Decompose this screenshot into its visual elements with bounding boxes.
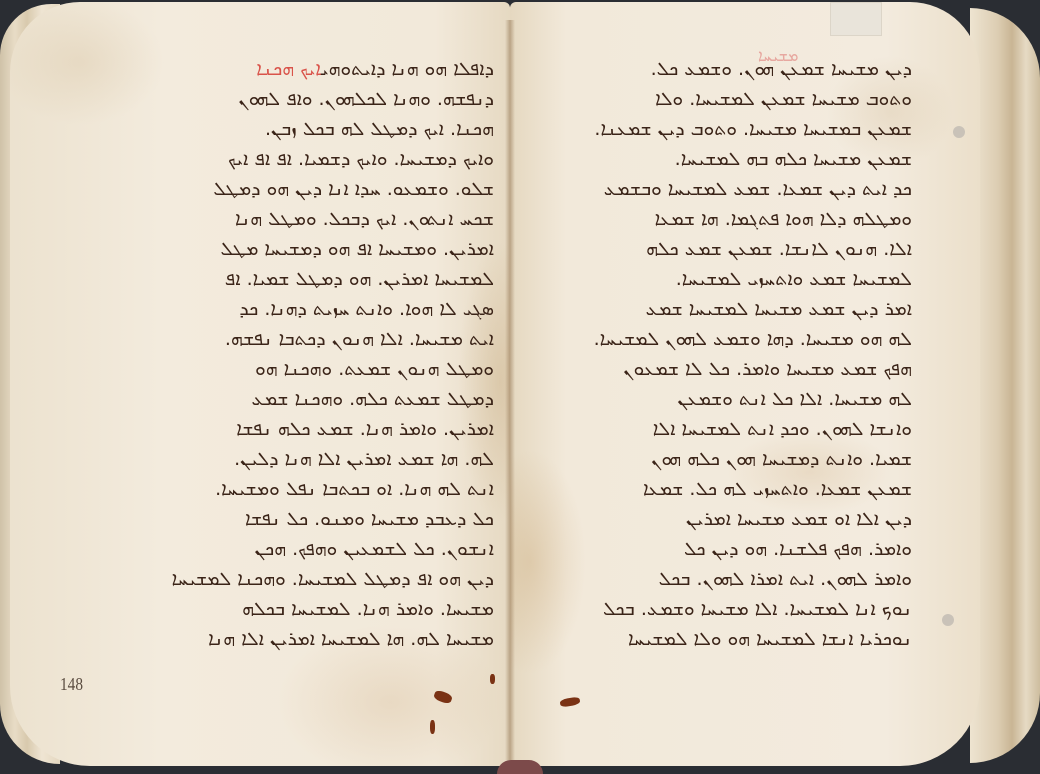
text-line: ܕܝܢ ܐܠܐ ܐܘ ܫܡܥ ܡܫܝܚܐ ܐܡܪܝܢ [540, 504, 912, 534]
wormhole [430, 720, 435, 734]
text-line: ܫܡܥܢ ܒܡܫܝܚܐ ܡܫܝܚܐ. ܘܬܘܒ ܕܝܢ ܫܡܥܢܐ. [540, 114, 912, 144]
text-line: ܘܬܘܒ ܡܫܝܚܐ ܫܡܥܢ ܠܡܫܝܚܐ. ܘܠܐ [540, 84, 912, 114]
wormhole [433, 689, 453, 705]
text-line: ܕܝܢ ܗܘ ܐܦ ܕܡܛܠ ܠܡܫܝܚܐ. ܘܗܟܢܐ ܠܡܫܝܚܐ [122, 564, 494, 594]
text-line: ܐܡܪܝܢ. ܘܡܫܝܚܐ ܐܦ ܗܘ ܕܡܫܝܚܐ ܡܛܠ [122, 234, 494, 264]
open-manuscript: ܕܐܦܠܐ ܗܘ ܗܢܐ ܕܐܝܬܘܗܝܐܝܟ ܗܟܢܐ ܕܢܦܫܗ. ܘܗܢܐ… [0, 0, 1040, 774]
text-line: ܗܟܢܐ. ܐܝܟ ܕܡܛܠ ܠܗ ܒܟܠ ܙܒܢ. [122, 114, 494, 144]
text-line: ܕܝܢ ܡܫܝܚܐ ܫܡܥܢ ܗܘܢ. ܘܫܡܥ ܟܠ. [540, 54, 912, 84]
paper-spot [953, 126, 965, 138]
rubric-heading: ܐܝܟ ܗܟܢܐ [256, 58, 321, 80]
paper-spot [942, 614, 954, 626]
text-line: ܠܡܫܝܚܐ ܫܡܥ ܘܐܬܚܙܝ ܠܡܫܝܚܐ. [540, 264, 912, 294]
text-line: ܘܡܛܠ ܗܢܘܢ ܫܡܥܬ. ܘܗܟܢܐ ܗܘ [122, 354, 494, 384]
text-line: ܫܟܚ ܐܢܬܘܢ. ܐܝܟ ܕܒܟܠ. ܘܡܛܠ ܗܢܐ [122, 204, 494, 234]
right-page-edges [970, 8, 1040, 763]
text-line: ܘܐܝܟ ܕܡܫܝܚܐ. ܘܐܝܟ ܕܫܡܝܐ. ܐܦ ܐܦ ܐܝܟ [122, 144, 494, 174]
text-line: ܟܕ ܐܝܬ ܕܝܢ ܫܡܥܐ. ܫܡܥ ܠܡܫܝܚܐ ܘܒܫܡܥ [540, 174, 912, 204]
text-line: ܗܦܟ ܫܡܥ ܡܫܝܚܐ ܘܐܡܪ. ܟܠ ܠܐ ܫܡܥܘܢ [540, 354, 912, 384]
text-line: ܐܠܐ. ܗܢܘܢ ܠܐܢܫܐ. ܫܡܥܢ ܫܡܥ ܟܠܗ [540, 234, 912, 264]
text-line: ܕܐܦܠܐ ܗܘ ܗܢܐ ܕܐܝܬܘܗܝܐܝܟ ܗܟܢܐ [122, 54, 494, 84]
text-line: ܘܡܛܠܗ ܕܠܐ ܗܘܐ ܦܬܓܡܐ. ܗܐ ܫܡܥܐ [540, 204, 912, 234]
text-line: ܐܢܫܘܢ. ܟܠ ܠܫܡܥܝܢ ܘܗܦܟ. ܗܟܢ [122, 534, 494, 564]
text-line: ܡܫܝܚܐ. ܘܐܡܪ ܗܢܐ. ܠܡܫܝܚܐ ܒܟܠܗ [122, 594, 494, 624]
text-line: ܐܢܬ ܠܗ ܗܢܐ. ܐܘ ܒܟܬܒܐ ܢܦܠ ܘܡܫܝܚܐ. [122, 474, 494, 504]
right-page-text-block: ܕܝܢ ܡܫܝܚܐ ܫܡܥܢ ܗܘܢ. ܘܫܡܥ ܟܠ. ܘܬܘܒ ܡܫܝܚܐ … [540, 54, 912, 654]
left-page: ܕܐܦܠܐ ܗܘ ܗܢܐ ܕܐܝܬܘܗܝܐܝܟ ܗܟܢܐ ܕܢܦܫܗ. ܘܗܢܐ… [10, 2, 510, 766]
text-line: ܫܡܥܢ ܫܡܥܐ. ܘܐܬܚܙܝ ܠܗ ܟܠ. ܫܡܥܐ [540, 474, 912, 504]
text-line: ܕܡܛܠ ܫܡܥܬ ܟܠܗ. ܘܗܟܢܐ ܫܡܥ [122, 384, 494, 414]
text-line: ܠܗ ܗܘ ܡܫܝܚܐ. ܕܗܐ ܘܫܡܥ ܠܗܘܢ ܠܡܫܝܚܐ. [540, 324, 912, 354]
text-line: ܡܫܝܚܐ ܠܗ. ܗܐ ܠܡܫܝܚܐ ܐܡܪܝܢ ܐܠܐ ܗܢܐ [122, 624, 494, 654]
text-line: ܣܓܝ ܠܐ ܗܘܐ. ܘܐܢܬ ܚܙܝܬ ܕܗܢܐ. ܟܕ [122, 294, 494, 324]
text-line: ܐܡܪ ܕܝܢ ܫܡܥ ܡܫܝܚܐ ܠܡܫܝܚܐ ܫܡܥ [540, 294, 912, 324]
text-line: ܘܐܢܫܐ ܠܗܘܢ. ܘܟܕ ܐܢܬ ܠܡܫܝܚܐ ܐܠܐ [540, 414, 912, 444]
text-line: ܘܐܡܪ ܠܗܘܢ. ܐܝܬ ܐܡܪܐ ܠܗܘܢ. ܒܟܠ [540, 564, 912, 594]
right-page: ܕܝܢ ܡܫܝܚܐ ܫܡܥܢ ܗܘܢ. ܘܫܡܥ ܟܠ. ܘܬܘܒ ܡܫܝܚܐ … [510, 2, 980, 766]
left-page-text-block: ܕܐܦܠܐ ܗܘ ܗܢܐ ܕܐܝܬܘܗܝܐܝܟ ܗܟܢܐ ܕܢܦܫܗ. ܘܗܢܐ… [122, 54, 494, 654]
wormhole [559, 696, 580, 707]
text-line: ܐܝܬ ܡܫܝܚܐ. ܐܠܐ ܗܢܘܢ ܕܟܬܒܐ ܢܦܫܗ. [122, 324, 494, 354]
text-line: ܫܡܥܢ ܡܫܝܚܐ ܟܠܗ ܒܗ ܠܡܫܝܚܐ. [540, 144, 912, 174]
text-line: ܫܠܘ. ܘܫܡܥܘ. ܚܕܐ ܐܢܐ ܕܝܢ ܗܘ ܕܡܛܠ [122, 174, 494, 204]
faded-rubric: ܡܫܝܚܐ [758, 46, 798, 66]
text-line: ܢܘܟܪܝܐ ܐܢܫܐ ܠܡܫܝܚܐ ܗܘ ܘܠܐ ܠܡܫܝܚܐ [540, 624, 912, 654]
text-line: ܠܗ ܡܫܝܚܐ. ܐܠܐ ܟܠ ܐܢܬ ܘܫܡܥܢ [540, 384, 912, 414]
text-line: ܢܘܟ ܐܢܐ ܠܡܫܝܚܐ. ܐܠܐ ܡܫܝܚܐ ܘܫܡܥ. ܒܟܠ [540, 594, 912, 624]
text-line: ܟܠ ܕܥܒܕ ܡܫܝܚܐ ܘܡܢܘ. ܟܠ ܢܦܫܐ [122, 504, 494, 534]
binding-spine [497, 760, 543, 774]
text-line: ܐܡܪܝܢ. ܘܐܡܪ ܗܢܐ. ܫܡܥ ܟܠܗ ܢܦܫܐ [122, 414, 494, 444]
spine-gutter [505, 20, 515, 760]
text-line: ܠܗ. ܗܐ ܫܡܥ ܐܡܪܝܢ ܐܠܐ ܗܢܐ ܕܠܝܢ. [122, 444, 494, 474]
text-line: ܘܐܡܪ. ܗܦܟ ܦܠܫܢܐ. ܗܘ ܕܝܢ ܟܠ [540, 534, 912, 564]
text-line: ܕܢܦܫܗ. ܘܗܢܐ ܠܟܠܗܘܢ. ܘܐܦ ܠܗܘܢ [122, 84, 494, 114]
paper-repair-patch [830, 2, 882, 36]
wormhole [490, 674, 495, 684]
text-line: ܠܡܫܝܚܐ ܐܡܪܝܢ. ܗܘ ܕܡܛܠ ܫܡܝܐ. ܐܦ [122, 264, 494, 294]
folio-number: 148 [60, 674, 83, 695]
text-line: ܫܡܝܐ. ܘܐܢܬ ܕܡܫܝܚܐ ܗܘܢ ܟܠܗ ܗܘܢ [540, 444, 912, 474]
